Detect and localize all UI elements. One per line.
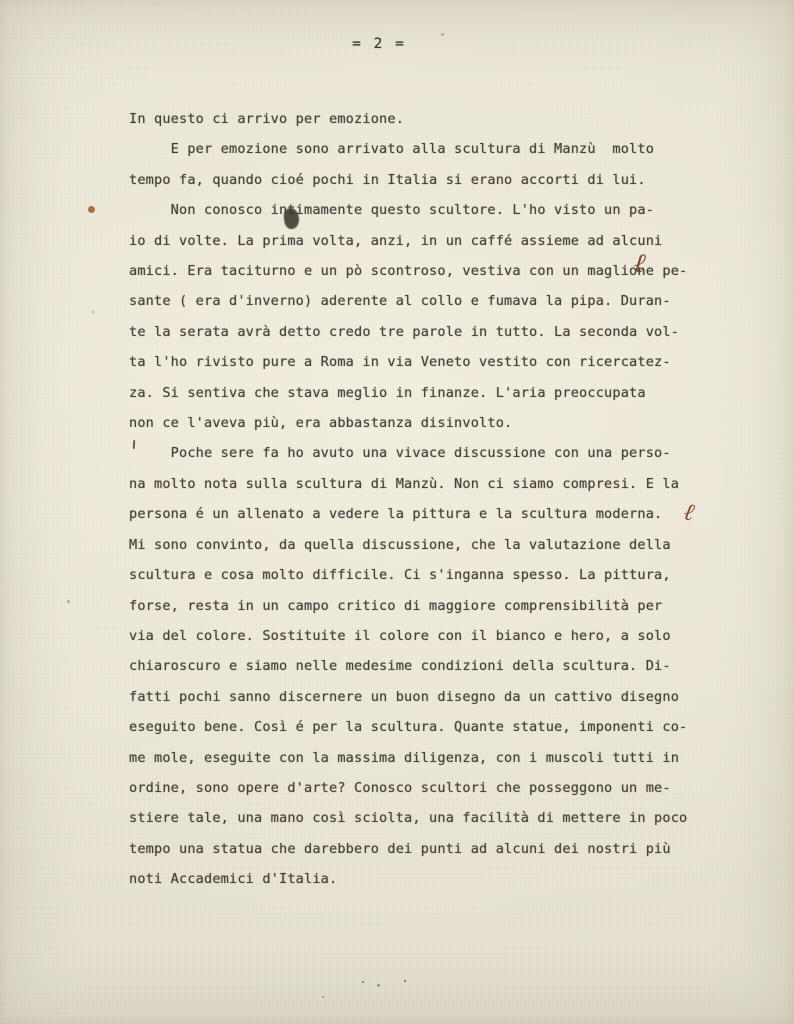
text-line: Non conosco intimamente questo scultore.…: [129, 195, 687, 225]
text-line: za. Si sentiva che stava meglio in finan…: [129, 378, 687, 408]
text-line: forse, resta in un campo critico di magg…: [129, 591, 687, 621]
text-line: ta l'ho rivisto pure a Roma in via Venet…: [129, 347, 687, 377]
text-line: via del colore. Sostituite il colore con…: [129, 621, 687, 651]
paper-speck: [91, 310, 95, 314]
text-line: tempo una statua che darebbero dei punti…: [129, 834, 687, 864]
text-line: Poche sere fa ho avuto una vivace discus…: [129, 438, 687, 468]
text-line: tempo fa, quando cioé pochi in Italia si…: [129, 165, 687, 195]
page-number: = 2 =: [0, 36, 758, 52]
paper-speck: [377, 984, 380, 987]
rust-speck: [88, 206, 95, 213]
text-line: non ce l'aveva più, era abbastanza disin…: [129, 408, 687, 438]
text-line: Mi sono convinto, da quella discussione,…: [129, 530, 687, 560]
text-line: te la serata avrà detto credo tre parole…: [129, 317, 687, 347]
paper-speck: [404, 980, 406, 982]
text-line: me mole, eseguite con la massima diligen…: [129, 743, 687, 773]
page-text: In questo ci arrivo per emozione. E per …: [129, 104, 687, 895]
text-line: amici. Era taciturno e un pò scontroso, …: [129, 256, 687, 286]
text-line: E per emozione sono arrivato alla scultu…: [129, 134, 687, 164]
typewritten-page: = 2 = In questo ci arrivo per emozione. …: [0, 0, 794, 1024]
paper-speck: [322, 996, 324, 998]
text-line: persona é un allenato a vedere la pittur…: [129, 499, 687, 529]
text-line: na molto nota sulla scultura di Manzù. N…: [129, 469, 687, 499]
text-line: In questo ci arrivo per emozione.: [129, 104, 687, 134]
text-line: noti Accademici d'Italia.: [129, 864, 687, 894]
text-line: ordine, sono opere d'arte? Conosco scult…: [129, 773, 687, 803]
text-line: sante ( era d'inverno) aderente al collo…: [129, 286, 687, 316]
text-line: fatti pochi sanno discernere un buon dis…: [129, 682, 687, 712]
text-line: stiere tale, una mano così sciolta, una …: [129, 803, 687, 833]
text-line: eseguito bene. Così é per la scultura. Q…: [129, 712, 687, 742]
text-line: scultura e cosa molto difficile. Ci s'in…: [129, 560, 687, 590]
text-line: io di volte. La prima volta, anzi, in un…: [129, 226, 687, 256]
paper-speck: [362, 981, 364, 983]
paper-speck: [67, 600, 70, 603]
text-line: chiaroscuro e siamo nelle medesime condi…: [129, 651, 687, 681]
